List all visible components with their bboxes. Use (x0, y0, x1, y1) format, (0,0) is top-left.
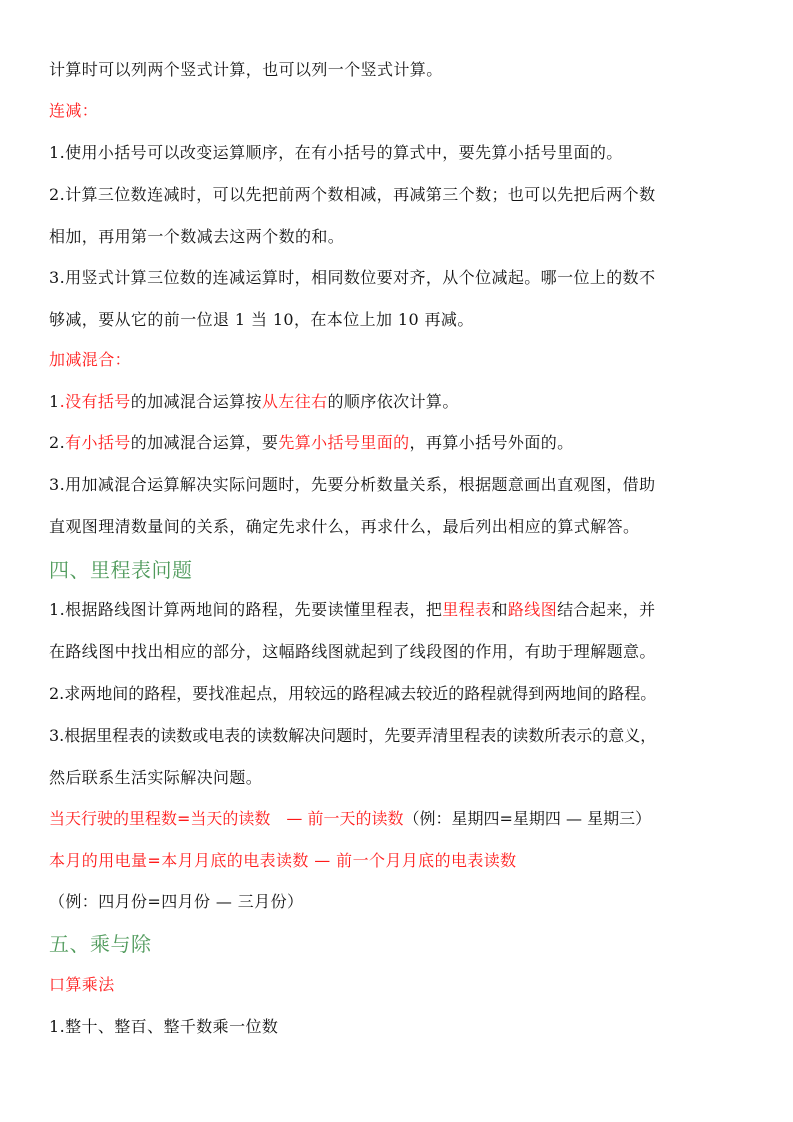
section-title-lianjian: 连减： (49, 99, 98, 123)
highlight-text: 从左往右 (262, 392, 328, 411)
body-text: 结合起来，并 (557, 600, 655, 619)
mixed-item-1: 1.没有括号的加减混合运算按从左往右的顺序依次计算。 (49, 390, 459, 414)
section4-item-3-cont: 然后联系生活实际解决问题。 (49, 766, 262, 790)
section-heading-5: 五、乘与除 (49, 930, 152, 958)
item-number: 1 (49, 392, 60, 411)
body-text: 的加减混合运算按 (131, 392, 262, 411)
item-number: 2 (49, 433, 60, 452)
mixed-item-2: 2.有小括号的加减混合运算，要先算小括号里面的，再算小括号外面的。 (49, 431, 574, 455)
highlight-text: 没有括号 (65, 392, 131, 411)
section4-item-1: 1.根据路线图计算两地间的路程，先要读懂里程表，把里程表和路线图结合起来，并 (49, 598, 656, 622)
section4-item-2: 2.求两地间的路程，要找准起点，用较远的路程减去较近的路程就得到两地间的路程。 (49, 682, 656, 706)
mixed-item-3-cont: 直观图理清数量间的关系，确定先求什么，再求什么，最后列出相应的算式解答。 (49, 515, 639, 539)
formula-example: （例：星期四=星期四 — 星期三） (404, 809, 652, 828)
section4-item-3: 3.根据里程表的读数或电表的读数解决问题时，先要弄清里程表的读数所表示的意义， (49, 724, 656, 748)
body-text: 1.根据路线图计算两地间的路程，先要读懂里程表，把 (49, 600, 442, 619)
lianjian-item-3-cont: 够减，要从它的前一位退 1 当 10，在本位上加 10 再减。 (49, 308, 474, 332)
highlight-text: 有小括号 (65, 433, 131, 452)
formula-text: 当天行驶的里程数=当天的读数 — 前一天的读数 (49, 809, 404, 828)
formula-electricity-example: （例：四月份=四月份 — 三月份） (49, 890, 303, 914)
highlight-text: 里程表 (442, 600, 491, 619)
body-text: 的顺序依次计算。 (328, 392, 459, 411)
section-heading-4: 四、里程表问题 (49, 556, 193, 584)
body-text: 和 (491, 600, 507, 619)
body-text: 的加减混合运算，要 (131, 433, 279, 452)
subheading-oral-multiplication: 口算乘法 (49, 973, 115, 997)
section-title-mixed: 加减混合： (49, 348, 131, 372)
formula-electricity: 本月的用电量=本月月底的电表读数 — 前一个月月底的电表读数 (49, 849, 517, 873)
formula-mileage: 当天行驶的里程数=当天的读数 — 前一天的读数（例：星期四=星期四 — 星期三） (49, 807, 651, 831)
body-text: ，再算小括号外面的。 (410, 433, 574, 452)
highlight-text: 先算小括号里面的 (278, 433, 409, 452)
lianjian-item-3: 3.用竖式计算三位数的连减运算时，相同数位要对齐，从个位减起。哪一位上的数不 (49, 266, 655, 290)
intro-paragraph: 计算时可以列两个竖式计算，也可以列一个竖式计算。 (49, 58, 443, 82)
lianjian-item-2-cont: 相加，再用第一个数减去这两个数的和。 (49, 225, 344, 249)
mixed-item-3: 3.用加减混合运算解决实际问题时，先要分析数量关系，根据题意画出直观图，借助 (49, 473, 655, 497)
lianjian-item-2: 2.计算三位数连减时，可以先把前两个数相减，再减第三个数；也可以先把后两个数 (49, 183, 655, 207)
lianjian-item-1: 1.使用小括号可以改变运算顺序，在有小括号的算式中，要先算小括号里面的。 (49, 141, 623, 165)
section4-item-1-cont: 在路线图中找出相应的部分，这幅路线图就起到了线段图的作用，有助于理解题意。 (49, 640, 656, 664)
highlight-text: 路线图 (508, 600, 557, 619)
section5-item-1: 1.整十、整百、整千数乘一位数 (49, 1015, 278, 1039)
